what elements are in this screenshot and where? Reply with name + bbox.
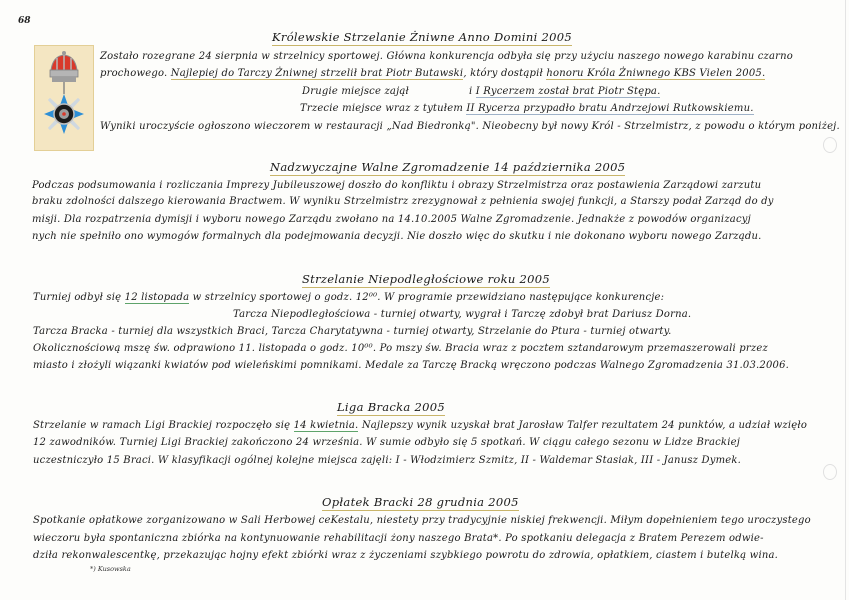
- text-line: Tarcza Bracka - turniej dla wszystkich B…: [33, 326, 672, 338]
- date-highlight: 14 kwietnia.: [294, 420, 359, 432]
- text-line: braku zdolności dalszego kierowania Brac…: [32, 196, 774, 208]
- punch-hole: [823, 137, 837, 153]
- section-title-brotherhood-league: Liga Bracka 2005: [337, 400, 445, 416]
- section-title-royal-harvest-shoot: Królewskie Strzelanie Żniwne Anno Domini…: [272, 30, 572, 46]
- text-line: Drugie miejsce zająłi I Rycerzem został …: [302, 86, 660, 98]
- text-line: Wyniki uroczyście ogłoszono wieczorem w …: [100, 121, 840, 133]
- winner-highlight: Najlepiej do Tarczy Żniwnej strzelił bra…: [171, 68, 464, 80]
- text-line: 12 zawodników. Turniej Ligi Brackiej zak…: [33, 437, 740, 449]
- text-line: miasto i złożyli wiązanki kwiatów pod wi…: [33, 360, 789, 372]
- section-title-independence-shoot: Strzelanie Niepodległościowe roku 2005: [302, 272, 550, 288]
- text-line: wieczoru była spontaniczna zbiórka na ko…: [33, 533, 764, 545]
- section-title-general-assembly: Nadzwyczajne Walne Zgromadzenie 14 paźdz…: [270, 160, 625, 176]
- page-number: 68: [18, 16, 31, 26]
- date-highlight: 12 listopada: [125, 292, 190, 304]
- royal-order-medal-image: [34, 45, 94, 151]
- crown-cross-medal-icon: [35, 46, 93, 150]
- text-line: prochowego. Najlepiej do Tarczy Żniwnej …: [100, 68, 765, 80]
- text-line: Trzecie miejsce wraz z tytułem II Rycerz…: [300, 103, 754, 115]
- second-knight-highlight: II Rycerza przypadło bratu Andrzejowi Ru…: [466, 103, 753, 115]
- page-edge: [845, 0, 846, 600]
- footnote: *) Kusowska: [90, 565, 131, 573]
- text-line: Zostało rozegrane 24 sierpnia w strzelni…: [100, 51, 793, 63]
- text-line: misji. Dla rozpatrzenia dymisji i wyboru…: [32, 214, 751, 226]
- king-title-highlight: honoru Króla Żniwnego KBS Vielen 2005.: [546, 68, 765, 80]
- text-line: Turniej odbył się 12 listopada w strzeln…: [33, 292, 664, 304]
- punch-hole: [823, 464, 837, 480]
- text-line: Okolicznościową mszę św. odprawiono 11. …: [33, 343, 768, 355]
- text-line: nych nie spełniło ono wymogów formalnych…: [32, 231, 762, 243]
- text-line: Strzelanie w ramach Ligi Brackiej rozpoc…: [33, 420, 807, 432]
- text-line: dziła rekonwalescentkę, przekazując hojn…: [33, 550, 778, 562]
- text-line: Tarcza Niepodległościowa - turniej otwar…: [233, 309, 691, 321]
- text-line: uczestniczyło 15 Braci. W klasyfikacji o…: [33, 455, 741, 467]
- first-knight-highlight: I Rycerzem został brat Piotr Stępa.: [476, 86, 661, 98]
- document-page: 68 Królewskie Strzelanie Żniwne Anno Dom…: [0, 0, 849, 600]
- text-line: Spotkanie opłatkowe zorganizowano w Sali…: [33, 515, 811, 527]
- text-line: Podczas podsumowania i rozliczania Impre…: [32, 180, 761, 192]
- section-title-christmas-wafer: Opłatek Bracki 28 grudnia 2005: [322, 495, 519, 511]
